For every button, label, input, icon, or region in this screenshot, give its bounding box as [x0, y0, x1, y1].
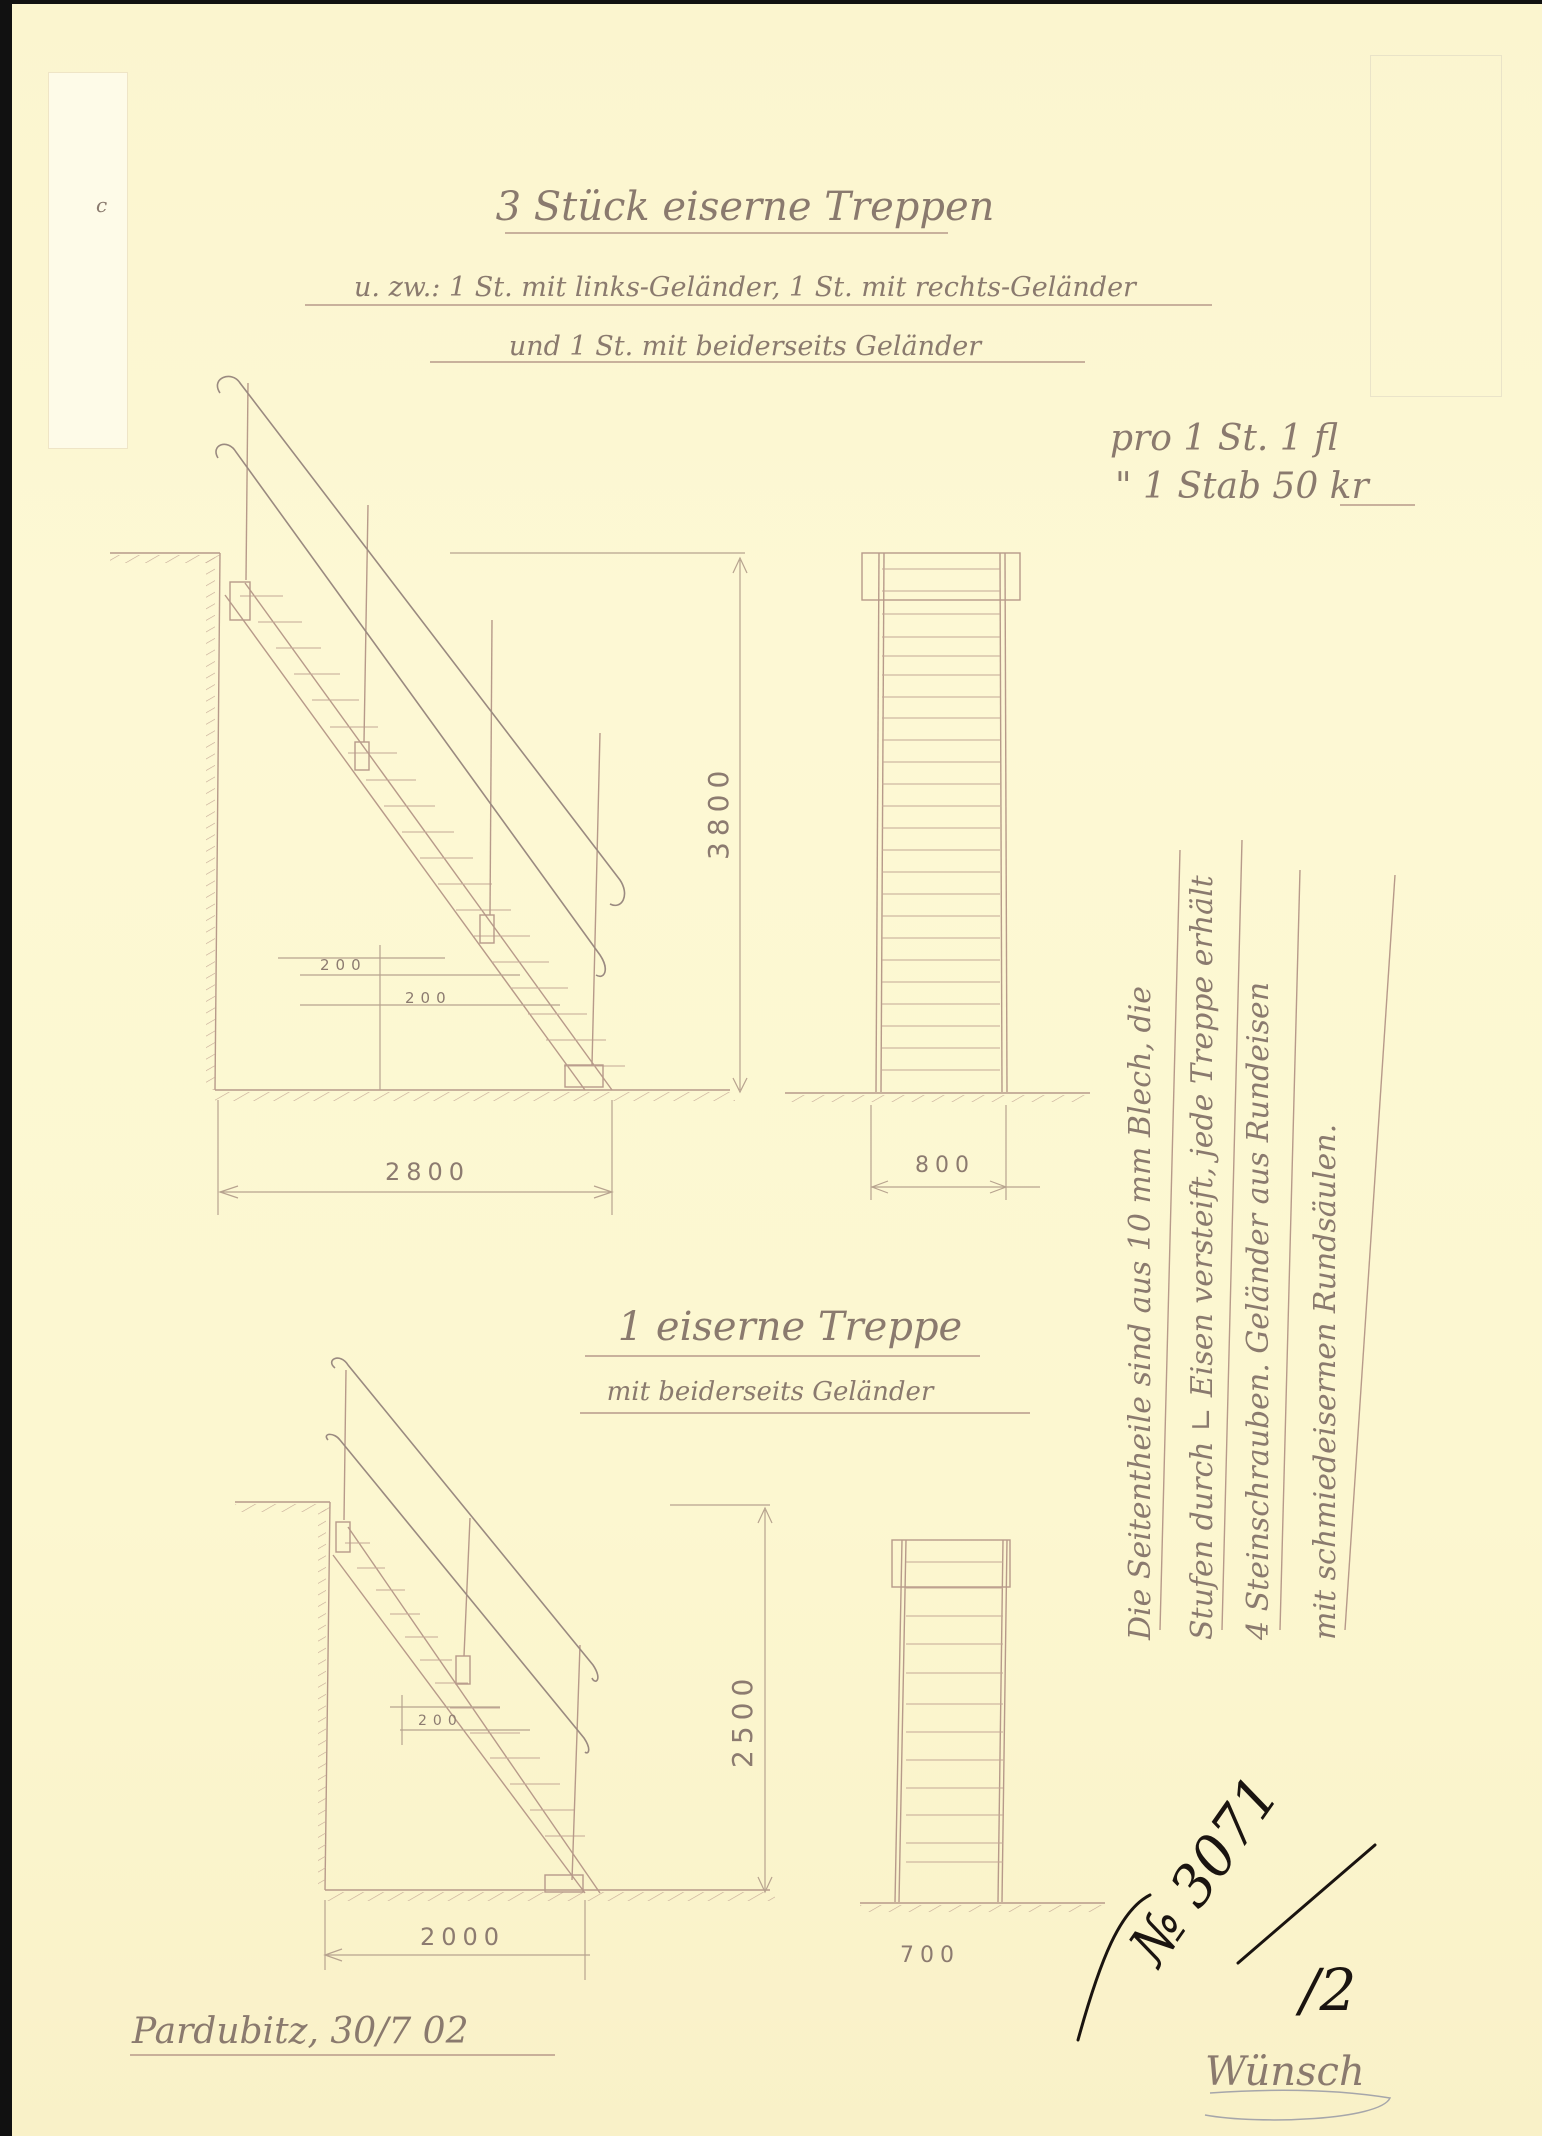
note-line2: Stufen durch ∟ Eisen versteift, jede Tre…	[1185, 874, 1220, 1640]
section2-front-view: 700	[860, 1540, 1105, 1968]
section2-length-dim: 2000	[420, 1923, 505, 1951]
ink-reference-number: № 3071	[1116, 1765, 1293, 1979]
price-note-line1: pro 1 St. 1 fl	[1110, 418, 1338, 459]
section2-width-dim: 700	[900, 1943, 960, 1968]
specification-note: Die Seitentheile sind aus 10 mm Blech, d…	[1123, 840, 1395, 1641]
note-line3: 4 Steinschrauben. Geländer aus Rundeisen	[1241, 982, 1276, 1641]
section2-title: 1 eiserne Treppe	[618, 1304, 962, 1350]
note-line4: mit schmiedeisernen Rundsäulen.	[1308, 1124, 1343, 1640]
technical-drawing: c 3 Stück eiserne Treppen u. zw.: 1 St. …	[0, 0, 1542, 2136]
section1-run-dim: 200	[405, 989, 452, 1007]
section2-height-dim: 2500	[726, 1673, 759, 1768]
section2-side-view: 200 2500 2000	[235, 1358, 775, 1980]
section1-heading: 3 Stück eiserne Treppen u. zw.: 1 St. mi…	[305, 184, 1212, 362]
section2-subtitle: mit beiderseits Geländer	[607, 1377, 935, 1407]
note-line1: Die Seitentheile sind aus 10 mm Blech, d…	[1123, 986, 1158, 1641]
section2-rise-dim: 200	[418, 1713, 463, 1729]
section1-side-view: 200 200 3800 2800	[110, 376, 747, 1215]
margin-mark: c	[96, 193, 107, 217]
place-date-text: Pardubitz, 30/7 02	[131, 2011, 468, 2052]
price-note-line2: " 1 Stab 50 kr	[1115, 466, 1370, 507]
section1-subtitle-line2: und 1 St. mit beiderseits Geländer	[509, 331, 983, 362]
section1-title: 3 Stück eiserne Treppen	[496, 184, 995, 230]
ink-annotation: № 3071 /2 Wünsch	[1078, 1765, 1390, 2120]
section1-width-dim: 800	[915, 1153, 975, 1178]
section1-length-dim: 2800	[385, 1158, 470, 1186]
section1-rise-dim: 200	[320, 956, 367, 974]
price-note: pro 1 St. 1 fl " 1 Stab 50 kr	[1110, 418, 1415, 507]
ink-reference-suffix: /2	[1295, 1956, 1356, 2024]
signature: Wünsch	[1205, 2049, 1365, 2095]
section1-height-dim: 3800	[702, 765, 735, 860]
place-date: Pardubitz, 30/7 02	[130, 2011, 555, 2055]
section2-heading: 1 eiserne Treppe mit beiderseits Gelände…	[580, 1304, 1030, 1413]
section1-subtitle-line1: u. zw.: 1 St. mit links-Geländer, 1 St. …	[354, 272, 1138, 303]
section1-front-view: 800	[785, 553, 1090, 1200]
